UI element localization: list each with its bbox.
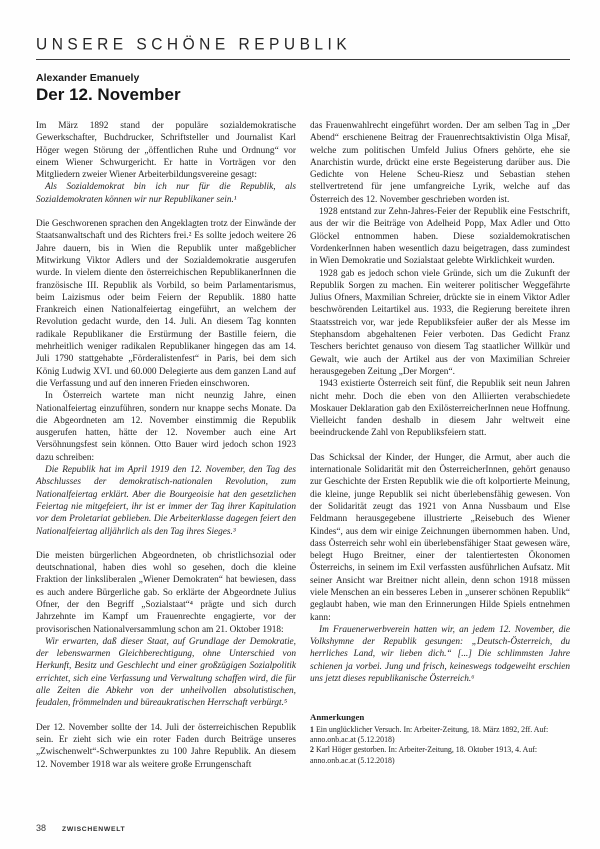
quote-hoeger: Als Sozialdemokrat bin ich nur für die R… [36, 181, 296, 206]
footnote-2-number: 2 [310, 745, 314, 754]
left-column: Im März 1892 stand der populäre sozialde… [36, 120, 296, 771]
footnote-1-text: Ein unglücklicher Versuch. In: Arbeiter-… [310, 725, 548, 744]
paragraph-schicksal-kinder: Das Schicksal der Kinder, der Hunger, di… [310, 452, 570, 624]
paragraph-moskauer-1943: 1943 existierte Österreich seit fünf, di… [310, 378, 570, 439]
paragraph-jury: Die Geschworenen sprachen den Angeklagte… [36, 218, 296, 390]
right-column: das Frauenwahlrecht eingeführt worden. D… [310, 120, 570, 771]
article-body: Im März 1892 stand der populäre sozialde… [36, 120, 570, 771]
section-kicker: UNSERE SCHÖNE REPUBLIK [36, 36, 570, 55]
quote-otto-bauer: Die Republik hat im April 1919 den 12. N… [36, 464, 296, 538]
paragraph-festschrift-1928: 1928 entstand zur Zehn-Jahres-Feier der … [310, 206, 570, 267]
footnote-1: 1 Ein unglücklicher Versuch. In: Arbeite… [310, 725, 570, 746]
quote-hilde-spiel: Im Frauenerwerbverein hatten wir, an jed… [310, 624, 570, 685]
paragraph-abgeordnete: Die meisten bürgerlichen Abgeordneten, o… [36, 550, 296, 636]
footnote-2: 2 Karl Höger gestorben. In: Arbeiter-Zei… [310, 745, 570, 766]
journal-name: ZWISCHENWELT [62, 826, 125, 833]
paragraph-roter-faden: Der 12. November sollte der 14. Juli der… [36, 722, 296, 771]
page-footer: 38 ZWISCHENWELT [36, 823, 125, 833]
paragraph-intro: Im März 1892 stand der populäre sozialde… [36, 120, 296, 181]
paragraph-frauenwahlrecht: das Frauenwahlrecht eingeführt worden. D… [310, 120, 570, 206]
magazine-page: UNSERE SCHÖNE REPUBLIK Alexander Emanuel… [0, 0, 600, 849]
article-title: Der 12. November [36, 85, 570, 105]
page-header: UNSERE SCHÖNE REPUBLIK Alexander Emanuel… [36, 36, 570, 105]
footnote-2-text: Karl Höger gestorben. In: Arbeiter-Zeitu… [310, 745, 537, 764]
footnotes-heading: Anmerkungen [310, 711, 570, 723]
footnote-1-number: 1 [310, 725, 314, 734]
quote-julius-ofner: Wir erwarten, daß dieser Staat, auf Grun… [36, 636, 296, 710]
paragraph-sorgen-1928: 1928 gab es jedoch schon viele Gründe, s… [310, 268, 570, 379]
header-rule [36, 59, 570, 60]
page-number: 38 [36, 823, 46, 833]
paragraph-austria-feiertag: In Österreich wartete man nicht neunzig … [36, 390, 296, 464]
author-name: Alexander Emanuely [36, 72, 570, 84]
footnotes-section: Anmerkungen 1 Ein unglücklicher Versuch.… [310, 711, 570, 766]
